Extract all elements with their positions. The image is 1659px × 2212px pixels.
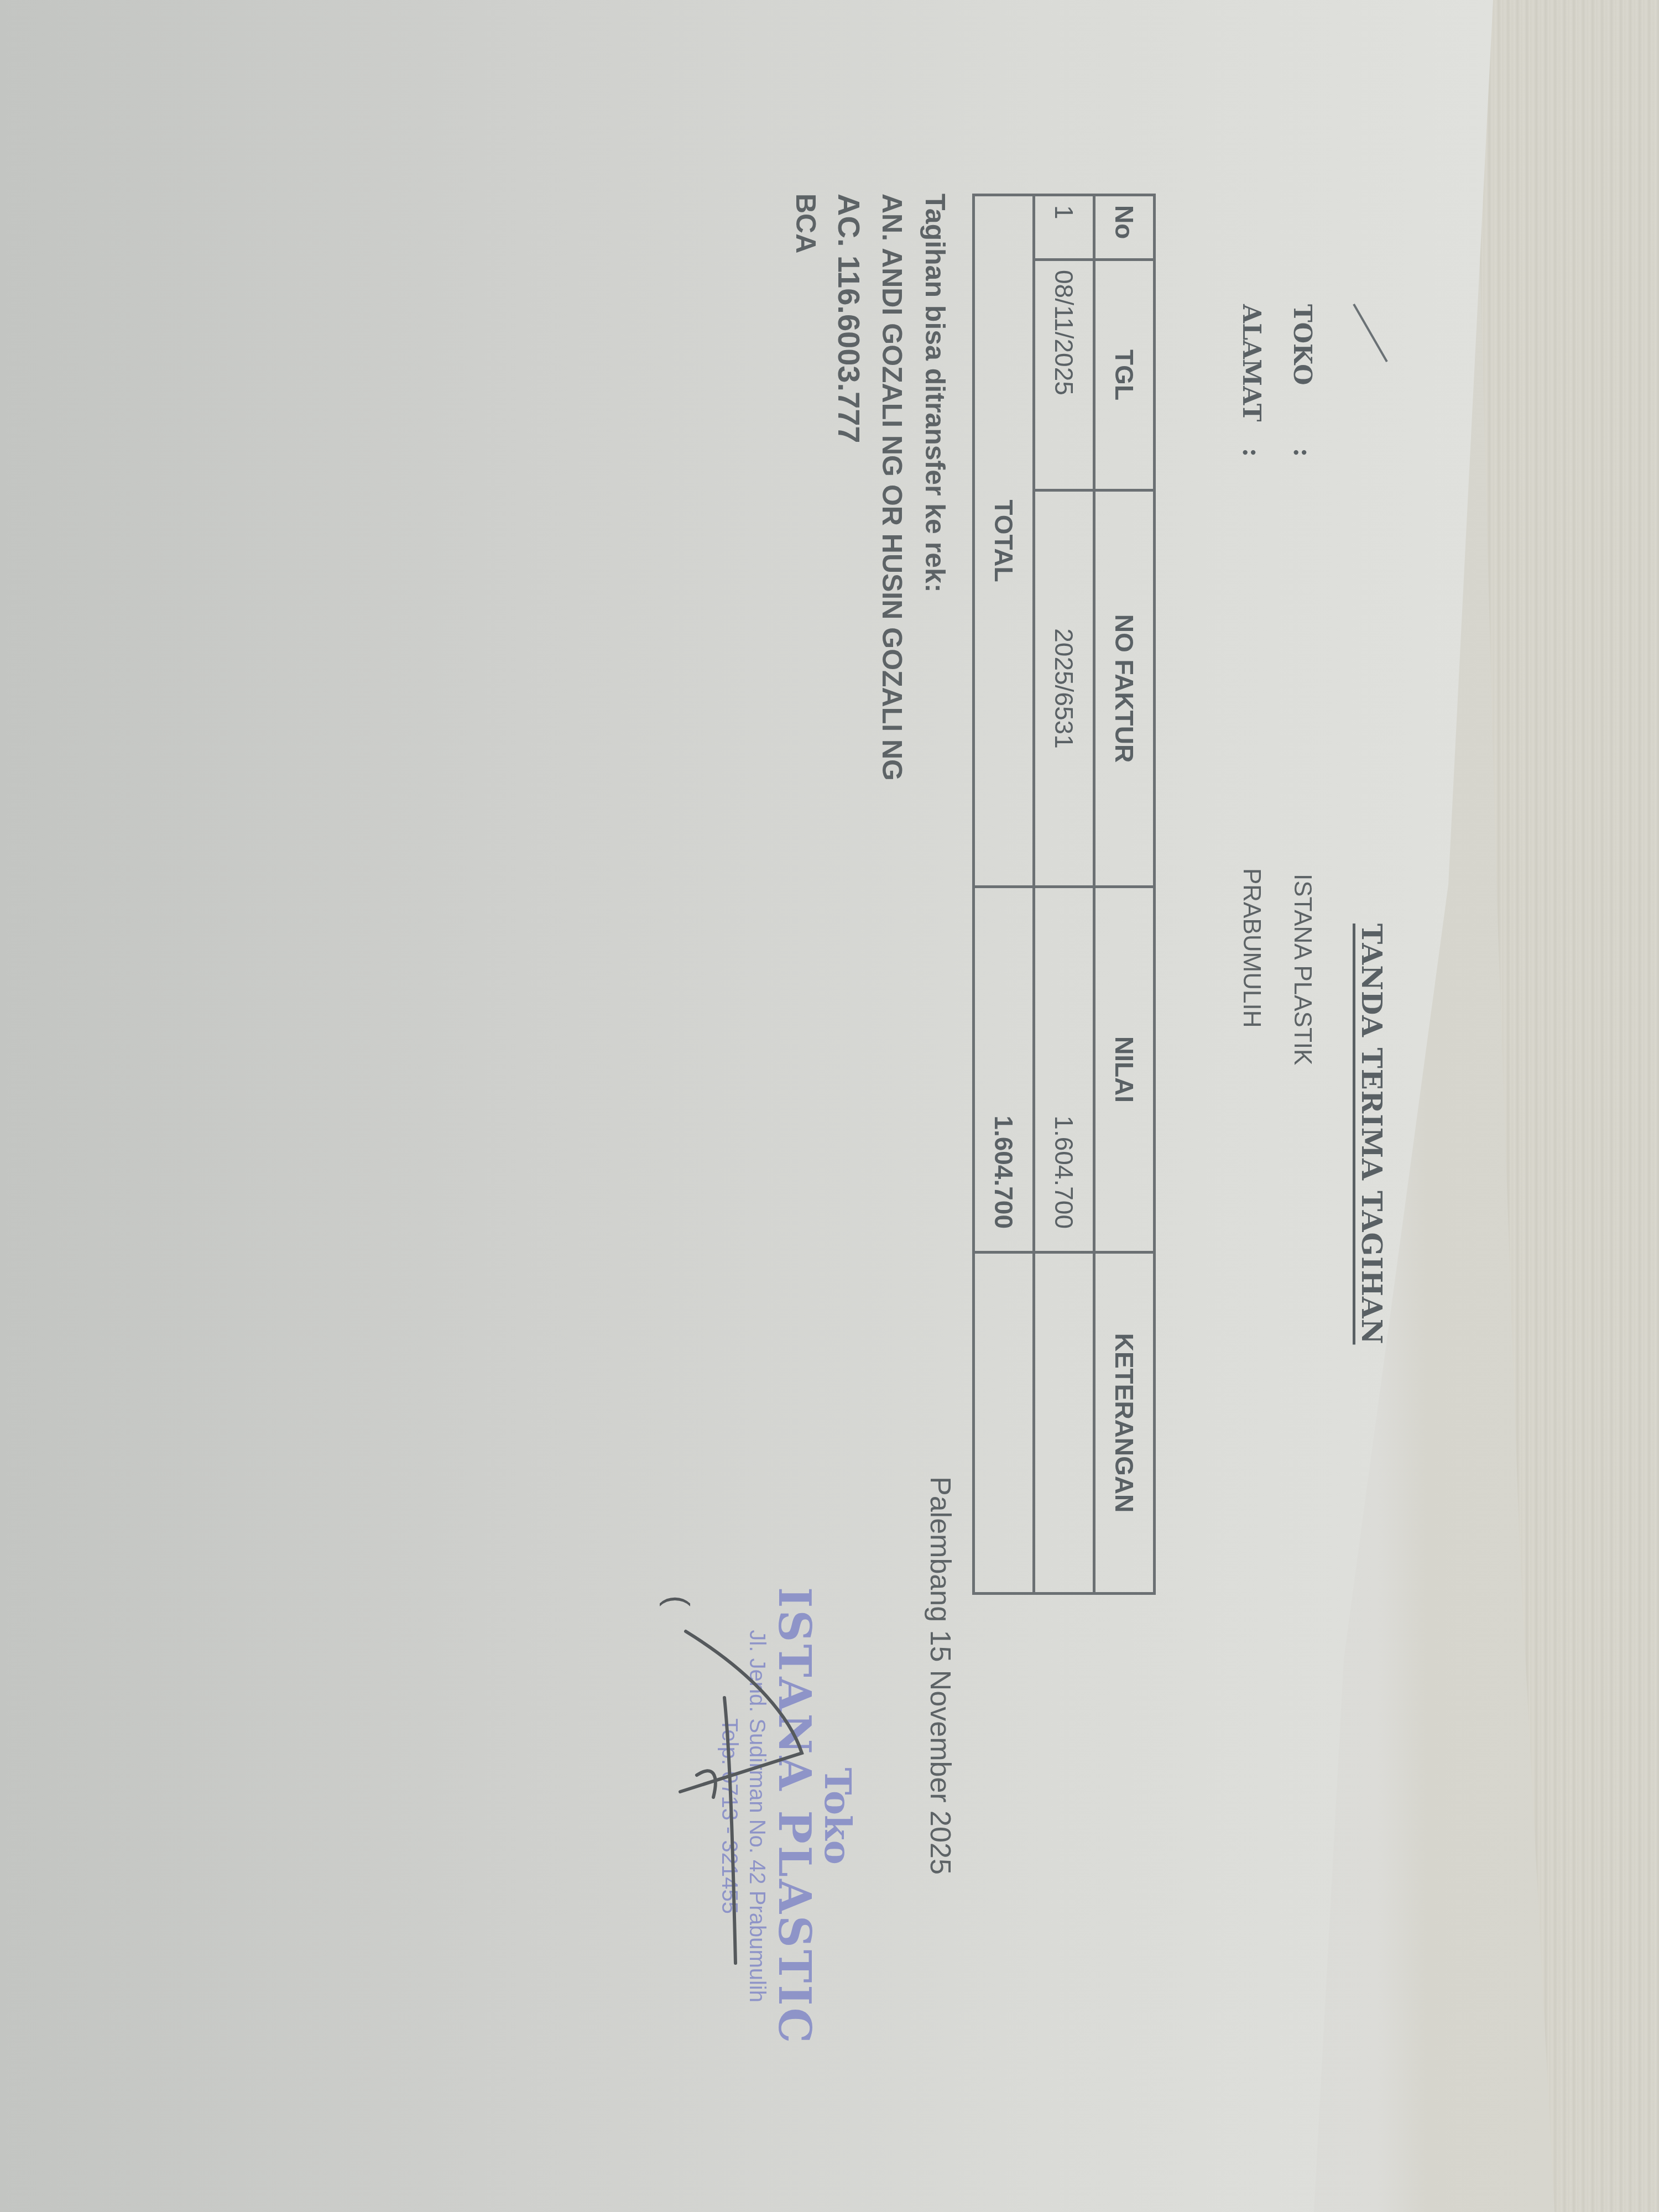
toko-label: TOKO [1288,304,1316,385]
cell-no-faktur: 2025/6531 [1034,491,1094,887]
payment-intro: Tagihan bisa ditransfer ke rek: [914,194,957,781]
total-label: TOTAL [974,195,1034,887]
header-keterangan: KETERANGAN [1094,1253,1155,1594]
cell-nilai: 1.604.700 [1034,887,1094,1253]
invoice-table: No TGL NO FAKTUR NILAI KETERANGAN 1 08/1… [972,194,1156,1595]
alamat-label: ALAMAT [1237,304,1265,421]
table-header-row: No TGL NO FAKTUR NILAI KETERANGAN [1094,195,1155,1594]
place-date: Palembang 15 November 2025 [924,1477,957,1875]
account-number: AC. 116.6003.777 [827,194,870,781]
table-row: 1 08/11/2025 2025/6531 1.604.700 [1034,195,1094,1594]
check-mark-icon [1353,304,1387,362]
toko-colon: : [1288,448,1316,457]
stamp-line1: Toko [818,1587,857,2045]
table-total-row: TOTAL 1.604.700 [974,195,1034,1594]
signature-icon [658,1609,824,1996]
header-tgl: TGL [1094,260,1155,491]
total-keterangan [974,1253,1034,1594]
signature-bracket: ( [659,1595,697,1606]
account-name: AN. ANDI GOZALI NG OR HUSIN GOZALI NG [870,194,914,781]
payment-info: Tagihan bisa ditransfer ke rek: AN. ANDI… [784,194,957,781]
header-no: No [1094,195,1155,260]
cell-tgl: 08/11/2025 [1034,260,1094,491]
cell-no: 1 [1034,195,1094,260]
header-nilai: NILAI [1094,887,1155,1253]
toko-value: ISTANA PLASTIK [1288,874,1316,1065]
cell-keterangan [1034,1253,1094,1594]
alamat-colon: : [1237,448,1265,457]
receipt-document: TANDA TERIMA TAGIHAN TOKO : ISTANA PLAST… [138,138,1410,2129]
total-value: 1.604.700 [974,887,1034,1253]
header-no-faktur: NO FAKTUR [1094,491,1155,887]
document-title: TANDA TERIMA TAGIHAN [1355,924,1388,1344]
bank-name: BCA [784,194,827,781]
alamat-value: PRABUMULIH [1238,868,1265,1028]
